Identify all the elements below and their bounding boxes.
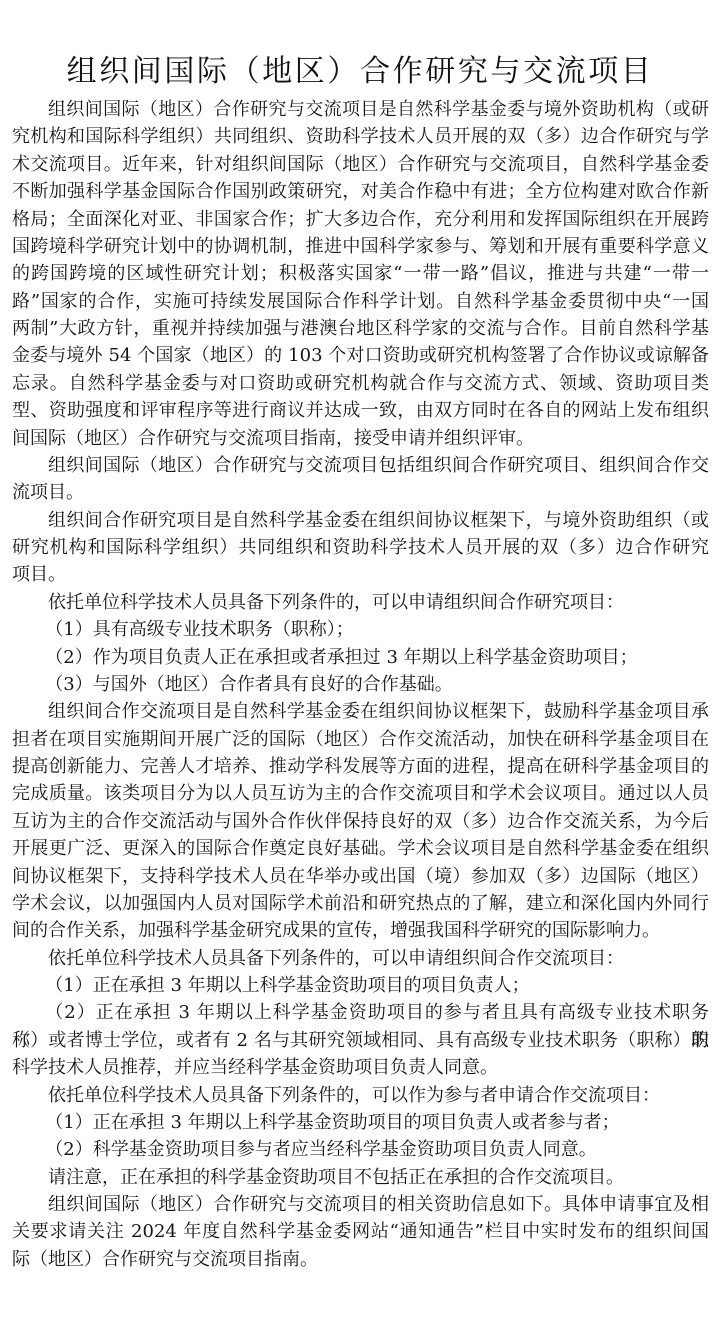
text-line: 不断加强科学基金国际合作国别政策研究，对美合作稳中有进；全方位构建对欧合作新 — [12, 178, 709, 205]
text-line: 组织间国际（地区）合作研究与交流项目的相关资助信息如下。具体申请事宜及相 — [12, 1191, 709, 1218]
text-line: 组织间国际（地区）合作研究与交流项目包括组织间合作研究项目、组织间合作交 — [12, 452, 709, 479]
text-line: 际（地区）合作研究与交流项目指南。 — [12, 1246, 709, 1273]
paragraph-research-project-definition: 组织间合作研究项目是自然科学基金委在组织间协议框架下，与境外资助组织（或 研究机… — [12, 507, 709, 589]
document-body: 组织间国际（地区）合作研究与交流项目是自然科学基金委与境外资助机构（或研 究机构… — [12, 96, 709, 1273]
text-line: 组织间合作研究项目是自然科学基金委在组织间协议框架下，与境外资助组织（或 — [12, 507, 709, 534]
text-line: （2）作为项目负责人正在承担或者承担过 3 年期以上科学基金资助项目； — [12, 644, 709, 671]
text-line: 科学技术人员推荐，并应当经科学基金资助项目负责人同意。 — [12, 1054, 709, 1081]
paragraph-program-components: 组织间国际（地区）合作研究与交流项目包括组织间合作研究项目、组织间合作交 流项目… — [12, 452, 709, 507]
text-line: 依托单位科学技术人员具备下列条件的，可以作为参与者申请合作交流项目： — [12, 1082, 709, 1109]
text-line: 关要求请关注 2024 年度自然科学基金委网站“通知通告”栏目中实时发布的组织间… — [12, 1218, 709, 1245]
paragraph-exchange-eligibility-intro: 依托单位科学技术人员具备下列条件的，可以申请组织间合作交流项目： — [12, 945, 709, 972]
list-item-research-condition-2: （2）作为项目负责人正在承担或者承担过 3 年期以上科学基金资助项目； — [12, 644, 709, 671]
text-line: 两制”大政方针，重视并持续加强与港澳台地区科学家的交流与合作。目前自然科学基 — [12, 315, 709, 342]
text-line: 完成质量。该类项目分为以人员互访为主的合作交流项目和学术会议项目。通过以人员 — [12, 780, 709, 807]
paragraph-participant-eligibility-intro: 依托单位科学技术人员具备下列条件的，可以作为参与者申请合作交流项目： — [12, 1082, 709, 1109]
list-item-participant-condition-2: （2）科学基金资助项目参与者应当经科学基金资助项目负责人同意。 — [12, 1136, 709, 1163]
text-line: 项目。 — [12, 561, 709, 588]
paragraph-funding-info: 组织间国际（地区）合作研究与交流项目的相关资助信息如下。具体申请事宜及相 关要求… — [12, 1191, 709, 1273]
text-line: 互访为主的合作交流活动与国外合作伙伴保持良好的双（多）边合作交流关系，为今后 — [12, 808, 709, 835]
text-line: （3）与国外（地区）合作者具有良好的合作基础。 — [12, 671, 709, 698]
text-line: 忘录。自然科学基金委与对口资助或研究机构就合作与交流方式、领域、资助项目类 — [12, 370, 709, 397]
list-item-exchange-condition-2: （2）正在承担 3 年期以上科学基金资助项目的参与者且具有高级专业技术职务（职 … — [12, 999, 709, 1081]
text-line: （1）正在承担 3 年期以上科学基金资助项目的项目负责人或者参与者； — [12, 1109, 709, 1136]
text-line: （2）正在承担 3 年期以上科学基金资助项目的参与者且具有高级专业技术职务（职 — [12, 999, 709, 1026]
text-line: 格局；全面深化对亚、非国家合作；扩大多边合作，充分利用和发挥国际组织在开展跨 — [12, 206, 709, 233]
paragraph-exchange-project-definition: 组织间合作交流项目是自然科学基金委在组织间协议框架下，鼓励科学基金项目承 担者在… — [12, 698, 709, 944]
text-line: 依托单位科学技术人员具备下列条件的，可以申请组织间合作研究项目： — [12, 589, 709, 616]
list-item-research-condition-1: （1）具有高级专业技术职务（职称）； — [12, 616, 709, 643]
text-line: 提高创新能力、完善人才培养、推动学科发展等方面的进程，提高在研科学基金项目的 — [12, 753, 709, 780]
list-item-research-condition-3: （3）与国外（地区）合作者具有良好的合作基础。 — [12, 671, 709, 698]
text-line: 间协议框架下，支持科学技术人员在华举办或出国（境）参加双（多）边国际（地区） — [12, 863, 709, 890]
text-line: （1）正在承担 3 年期以上科学基金资助项目的项目负责人； — [12, 972, 709, 999]
page-title: 组织间国际（地区）合作研究与交流项目 — [0, 56, 720, 88]
list-item-participant-condition-1: （1）正在承担 3 年期以上科学基金资助项目的项目负责人或者参与者； — [12, 1109, 709, 1136]
text-line: 担者在项目实施期间开展广泛的国际（地区）合作交流活动，加快在研科学基金项目在 — [12, 726, 709, 753]
text-line: 流项目。 — [12, 479, 709, 506]
text-line: 学术会议，以加强国内人员对国际学术前沿和研究热点的了解，建立和深化国内外同行 — [12, 890, 709, 917]
text-line: 究机构和国际科学组织）共同组织、资助科学技术人员开展的双（多）边合作研究与学 — [12, 123, 709, 150]
text-line: 间的合作关系，加强科学基金研究成果的宣传，增强我国科学研究的国际影响力。 — [12, 917, 709, 944]
text-line: 国跨境科学研究计划中的协调机制，推进中国科学家参与、筹划和开展有重要科学意义 — [12, 233, 709, 260]
text-line: 型、资助强度和评审程序等进行商议并达成一致，由双方同时在各自的网站上发布组织 — [12, 397, 709, 424]
text-line: 依托单位科学技术人员具备下列条件的，可以申请组织间合作交流项目： — [12, 945, 709, 972]
text-line: 间国际（地区）合作研究与交流项目指南，接受申请并组织评审。 — [12, 425, 709, 452]
text-line: 术交流项目。近年来，针对组织间国际（地区）合作研究与交流项目，自然科学基金委 — [12, 151, 709, 178]
text-line: 组织间合作交流项目是自然科学基金委在组织间协议框架下，鼓励科学基金项目承 — [12, 698, 709, 725]
paragraph-note: 请注意，正在承担的科学基金资助项目不包括正在承担的合作交流项目。 — [12, 1164, 709, 1191]
text-line: 路”国家的合作，实施可持续发展国际合作科学计划。自然科学基金委贯彻中央“一国 — [12, 288, 709, 315]
list-item-exchange-condition-1: （1）正在承担 3 年期以上科学基金资助项目的项目负责人； — [12, 972, 709, 999]
text-line: （2）科学基金资助项目参与者应当经科学基金资助项目负责人同意。 — [12, 1136, 709, 1163]
text-line: 组织间国际（地区）合作研究与交流项目是自然科学基金委与境外资助机构（或研 — [12, 96, 709, 123]
paragraph-program-overview: 组织间国际（地区）合作研究与交流项目是自然科学基金委与境外资助机构（或研 究机构… — [12, 96, 709, 452]
text-line: 称）或者博士学位，或者有 2 名与其研究领域相同、具有高级专业技术职务（职称）的 — [12, 1027, 709, 1054]
text-line: 开展更广泛、更深入的国际合作奠定良好基础。学术会议项目是自然科学基金委在组织 — [12, 835, 709, 862]
paragraph-research-eligibility-intro: 依托单位科学技术人员具备下列条件的，可以申请组织间合作研究项目： — [12, 589, 709, 616]
text-line: （1）具有高级专业技术职务（职称）； — [12, 616, 709, 643]
text-line: 的跨国跨境的区域性研究计划；积极落实国家“一带一路”倡议，推进与共建“一带一 — [12, 260, 709, 287]
text-line: 请注意，正在承担的科学基金资助项目不包括正在承担的合作交流项目。 — [12, 1164, 709, 1191]
text-line: 研究机构和国际科学组织）共同组织和资助科学技术人员开展的双（多）边合作研究 — [12, 534, 709, 561]
text-line: 金委与境外 54 个国家（地区）的 103 个对口资助或研究机构签署了合作协议或… — [12, 342, 709, 369]
